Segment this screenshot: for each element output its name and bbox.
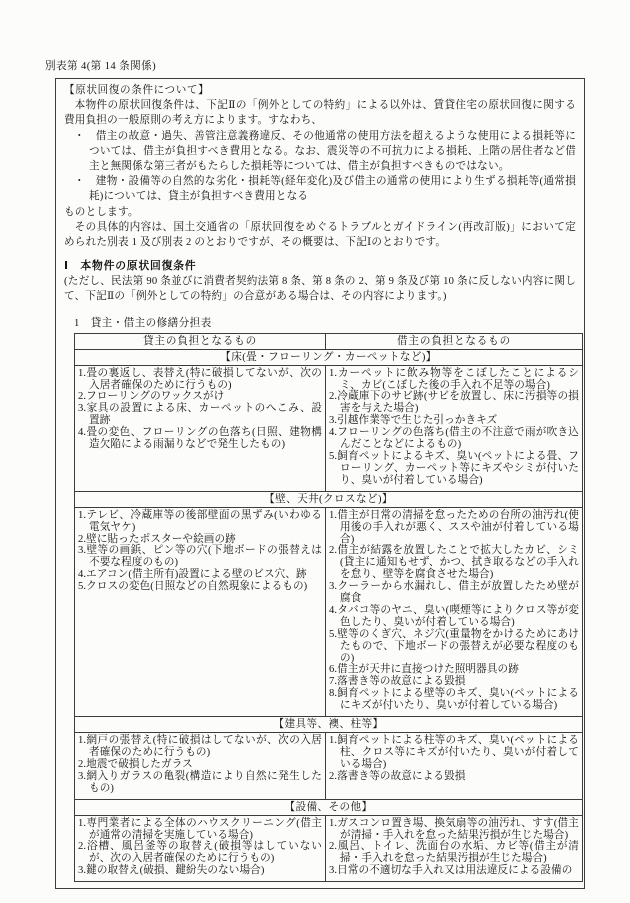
table-item: 8.飼育ペットによる壁等のキズ、臭い(ペットによるにキズが付いたり、臭いが付着し… bbox=[329, 688, 579, 712]
table-item: 2.壁に貼ったポスターや絵画の跡 bbox=[78, 534, 322, 546]
table-item: 1.畳の裏返し、表替え(特に破損してないが、次の入居者確保のために行うもの) bbox=[78, 368, 322, 392]
table-item: 4.畳の変色、フローリングの色落ち(日照、建物構造欠陥による雨漏りなどで発生した… bbox=[78, 427, 322, 451]
table-item: 7.落書き等の故意による毀損 bbox=[329, 676, 579, 688]
landlord-items-cell: 1.畳の裏返し、表替え(特に破損してないが、次の入居者確保のために行うもの)2.… bbox=[75, 365, 326, 491]
restoration-conditions-box: 【原状回復の条件について】 本物件の原状回復条件は、下記Ⅱの「例外としての特約」… bbox=[55, 78, 585, 889]
table-item: 2.冷蔵庫下のサビ跡(サビを放置し、床に汚損等の損害を与えた場合) bbox=[329, 391, 579, 415]
table-section-title: 【建具等、襖、柱等】 bbox=[75, 717, 583, 733]
table-item: 3.クーラーから水漏れし、借主が放置したため壁が腐食 bbox=[329, 581, 579, 605]
intro-bullet-landlord-burden: ・ 建物・設備等の自然的な劣化・損耗等(経年変化)及び借主の通常の使用により生ず… bbox=[64, 174, 576, 204]
intro-bullet-tenant-burden: ・ 借主の故意・過失、善管注意義務違反、その他通常の使用方法を超えるような使用に… bbox=[64, 129, 576, 175]
table-section-title: 【床(畳・フローリング・カーペットなど)】 bbox=[75, 349, 583, 365]
table-item: 2.落書き等の故意による毀損 bbox=[329, 771, 579, 783]
table-item: 3.鍵の取替え(破損、鍵紛失のない場合) bbox=[78, 865, 322, 877]
table-item: 1.テレビ、冷蔵庫等の後部壁面の黒ずみ(いわゆる電気ヤケ) bbox=[78, 510, 322, 534]
table-item: 3.引越作業等で生じた引っかきキズ bbox=[329, 415, 579, 427]
intro-paragraph-1: 本物件の原状回復条件は、下記Ⅱの「例外としての特約」による以外は、賃貸住宅の原状… bbox=[64, 98, 576, 128]
intro-heading: 【原状回復の条件について】 bbox=[64, 83, 576, 98]
table-item: 4.フローリングの色落ち(借主の不注意で雨が吹き込んだことなどによるもの) bbox=[329, 427, 579, 451]
section-1-heading: Ⅰ 本物件の原状回復条件 bbox=[64, 259, 576, 274]
table-item: 1.網戸の張替え(特に破損はしてないが、次の入居者確保のために行うもの) bbox=[78, 735, 322, 759]
table-section-title: 【壁、天井(クロスなど)】 bbox=[75, 491, 583, 507]
landlord-items-cell: 1.専門業者による全体のハウスクリーニング(借主が通常の清掃を実施している場合)… bbox=[75, 815, 326, 882]
table-section-row: 【壁、天井(クロスなど)】 bbox=[75, 491, 583, 507]
col-header-tenant: 借主の負担となるもの bbox=[326, 333, 583, 349]
intro-paragraph-2: その具体的内容は、国土交通省の「原状回復をめぐるトラブルとガイドライン(再改訂版… bbox=[64, 220, 576, 250]
table-header-row: 貸主の負担となるもの 借主の負担となるもの bbox=[75, 333, 583, 349]
table-section-row: 【建具等、襖、柱等】 bbox=[75, 717, 583, 733]
table-item: 3.網入りガラスの亀裂(構造により自然に発生したもの) bbox=[78, 771, 322, 795]
tenant-items-cell: 1.借主が日常の清掃を怠ったための台所の油汚れ(使用後の手入れが悪く、ススや油が… bbox=[326, 507, 583, 716]
table-section-title: 【設備、その他】 bbox=[75, 799, 583, 815]
tenant-items-cell: 1.飼育ペットによる柱等のキズ、臭い(ペットによる柱、クロス等にキズが付いたり、… bbox=[326, 733, 583, 800]
table-item: 5.クロスの変色(日照などの自然現象によるもの) bbox=[78, 581, 322, 593]
repair-allocation-table: 貸主の負担となるもの 借主の負担となるもの 【床(畳・フローリング・カーペットな… bbox=[74, 333, 583, 883]
table-item: 4.エアコン(借主所有)設置による壁のビス穴、跡 bbox=[78, 569, 322, 581]
col-header-landlord: 貸主の負担となるもの bbox=[75, 333, 326, 349]
table-section-row: 【設備、その他】 bbox=[75, 799, 583, 815]
table-row: 1.専門業者による全体のハウスクリーニング(借主が通常の清掃を実施している場合)… bbox=[75, 815, 583, 882]
table-section-row: 【床(畳・フローリング・カーペットなど)】 bbox=[75, 349, 583, 365]
table-row: 1.網戸の張替え(特に破損はしてないが、次の入居者確保のために行うもの)2.地震… bbox=[75, 733, 583, 800]
table-item: 2.風呂、トイレ、洗面台の水垢、カビ等(借主が清掃・手入れを怠った結果汚損が生じ… bbox=[329, 841, 579, 865]
section-1-note: (ただし、民法第 90 条並びに消費者契約法第 8 条、第 8 条の 2、第 9… bbox=[64, 274, 576, 304]
table-row: 1.テレビ、冷蔵庫等の後部壁面の黒ずみ(いわゆる電気ヤケ)2.壁に貼ったポスター… bbox=[75, 507, 583, 716]
table-item: 2.フローリングのワックスがけ bbox=[78, 391, 322, 403]
repair-table-label: 1 貸主・借主の修繕分担表 bbox=[74, 317, 576, 331]
table-item: 3.家具の設置による床、カーペットのへこみ、設置跡 bbox=[78, 403, 322, 427]
table-item: 1.飼育ペットによる柱等のキズ、臭い(ペットによる柱、クロス等にキズが付いたり、… bbox=[329, 735, 579, 771]
table-item: 1.カーペットに飲み物等をこぼしたことによるシミ、カビ(こぼした後の手入れ不足等… bbox=[329, 368, 579, 392]
table-item: 5.飼育ペットによるキズ、臭い(ペットによる畳、フローリング、カーペット等にキズ… bbox=[329, 451, 579, 487]
tenant-items-cell: 1.ガスコンロ置き場、換気扇等の油汚れ、すす(借主が清掃・手入れを怠った結果汚損… bbox=[326, 815, 583, 882]
page-title: 別表第 4(第 14 条関係) bbox=[45, 58, 156, 73]
table-row: 1.畳の裏返し、表替え(特に破損してないが、次の入居者確保のために行うもの)2.… bbox=[75, 365, 583, 491]
landlord-items-cell: 1.網戸の張替え(特に破損はしてないが、次の入居者確保のために行うもの)2.地震… bbox=[75, 733, 326, 800]
document-page: 別表第 4(第 14 条関係) 【原状回復の条件について】 本物件の原状回復条件… bbox=[0, 0, 630, 903]
intro-closing: ものとします。 bbox=[64, 205, 576, 220]
table-item: 1.専門業者による全体のハウスクリーニング(借主が通常の清掃を実施している場合) bbox=[78, 818, 322, 842]
table-item: 6.借主が天井に直接つけた照明器具の跡 bbox=[329, 664, 579, 676]
table-item: 2.借主が結露を放置したことで拡大したカビ、シミ(貸主に通知もせず、かつ、拭き取… bbox=[329, 545, 579, 581]
table-item: 5.壁等のくぎ穴、ネジ穴(重量物をかけるためにあけたもので、下地ボードの張替えが… bbox=[329, 629, 579, 665]
table-item: 1.借主が日常の清掃を怠ったための台所の油汚れ(使用後の手入れが悪く、ススや油が… bbox=[329, 510, 579, 546]
table-item: 2.浴槽、風呂釜等の取替え(破損等はしていないが、次の入居者確保のために行うもの… bbox=[78, 841, 322, 865]
tenant-items-cell: 1.カーペットに飲み物等をこぼしたことによるシミ、カビ(こぼした後の手入れ不足等… bbox=[326, 365, 583, 491]
table-item: 3.壁等の画鋲、ピン等の穴(下地ボードの張替えは不要な程度のもの) bbox=[78, 545, 322, 569]
table-item: 1.ガスコンロ置き場、換気扇等の油汚れ、すす(借主が清掃・手入れを怠った結果汚損… bbox=[329, 818, 579, 842]
table-item: 3.日常の不適切な手入れ又は用法違反による設備の bbox=[329, 865, 579, 877]
landlord-items-cell: 1.テレビ、冷蔵庫等の後部壁面の黒ずみ(いわゆる電気ヤケ)2.壁に貼ったポスター… bbox=[75, 507, 326, 716]
table-item: 2.地震で破損したガラス bbox=[78, 759, 322, 771]
table-item: 4.タバコ等のヤニ、臭い(喫煙等によりクロス等が変色したり、臭いが付着している場… bbox=[329, 605, 579, 629]
